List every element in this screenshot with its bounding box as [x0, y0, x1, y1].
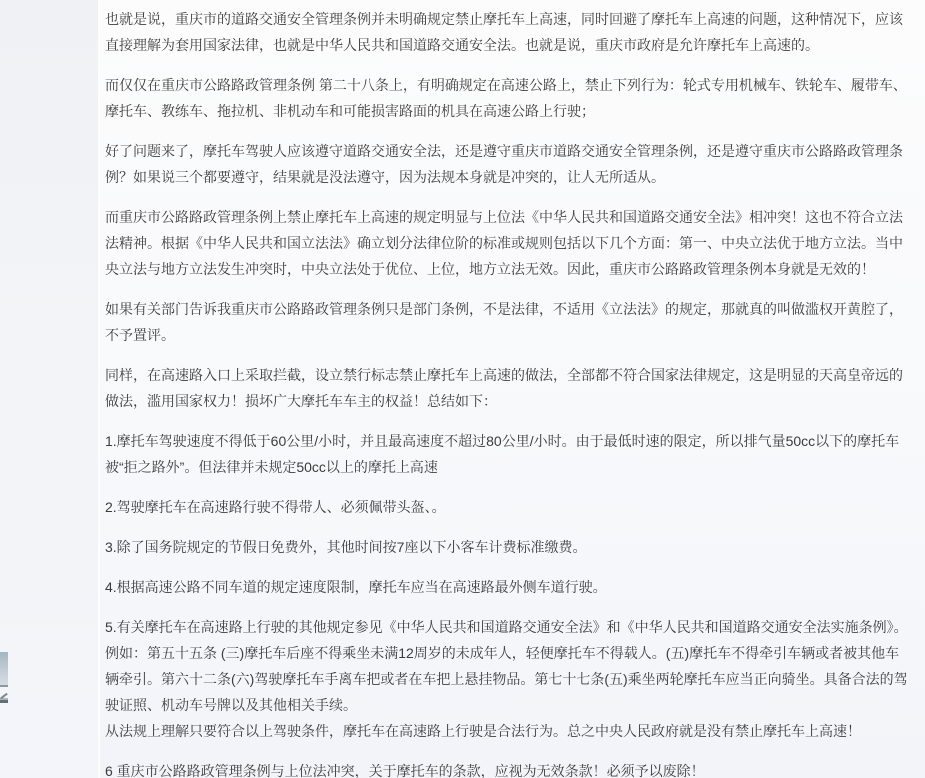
left-edge-floating-widget[interactable]: [0, 652, 10, 714]
paragraph-question: 好了问题来了，摩托车驾驶人应该遵守道路交通安全法，还是遵守重庆市道路交通安全管理…: [105, 138, 913, 190]
partial-thumbnail-icon: [0, 652, 8, 687]
left-margin-strip: [0, 0, 100, 778]
list-item-6: 6 重庆市公路路政管理条例与上位法冲突，关于摩托车的条款，应视为无效条款！必须予…: [105, 758, 913, 778]
list-item-5-text: 5.有关摩托车在高速路上行驶的其他规定参见《中华人民共和国道路交通安全法》和《中…: [105, 614, 913, 718]
list-item-3: 3.除了国务院规定的节假日免费外，其他时间按7座以下小客车计费标准缴费。: [105, 534, 913, 560]
list-item-5: 5.有关摩托车在高速路上行驶的其他规定参见《中华人民共和国道路交通安全法》和《中…: [105, 614, 913, 744]
paragraph-department-rule: 如果有关部门告诉我重庆市公路路政管理条例只是部门条例，不是法律，不适用《立法法》…: [105, 296, 913, 348]
list-item-5-conclusion: 从法规上理解只要符合以上驾驶条件，摩托车在高速路上行驶是合法行为。总之中央人民政…: [105, 718, 913, 744]
list-item-4: 4.根据高速公路不同车道的规定速度限制，摩托车应当在高速路最外侧车道行驶。: [105, 574, 913, 600]
paragraph-law-conflict: 而重庆市公路路政管理条例上禁止摩托车上高速的规定明显与上位法《中华人民共和国道路…: [105, 204, 913, 282]
paragraph-summary-intro: 同样，在高速路入口上采取拦截，设立禁行标志禁止摩托车上高速的做法，全部都不符合国…: [105, 362, 913, 414]
paragraph-regulation-article28: 而仅仅在重庆市公路路政管理条例 第二十八条上，有明确规定在高速公路上，禁止下列行…: [105, 72, 913, 124]
article-body: 也就是说，重庆市的道路交通安全管理条例并未明确规定禁止摩托车上高速，同时回避了摩…: [105, 0, 913, 778]
list-item-2: 2.驾驶摩托车在高速路行驶不得带人、必须佩带头盔、。: [105, 494, 913, 520]
paragraph-intro-1: 也就是说，重庆市的道路交通安全管理条例并未明确规定禁止摩托车上高速，同时回避了摩…: [105, 6, 913, 58]
list-item-1: 1.摩托车驾驶速度不得低于60公里/小时，并且最高速度不超过80公里/小时。由于…: [105, 428, 913, 480]
widget-bar-mark-icon: [0, 700, 8, 703]
widget-slash-mark-icon: [0, 693, 8, 700]
